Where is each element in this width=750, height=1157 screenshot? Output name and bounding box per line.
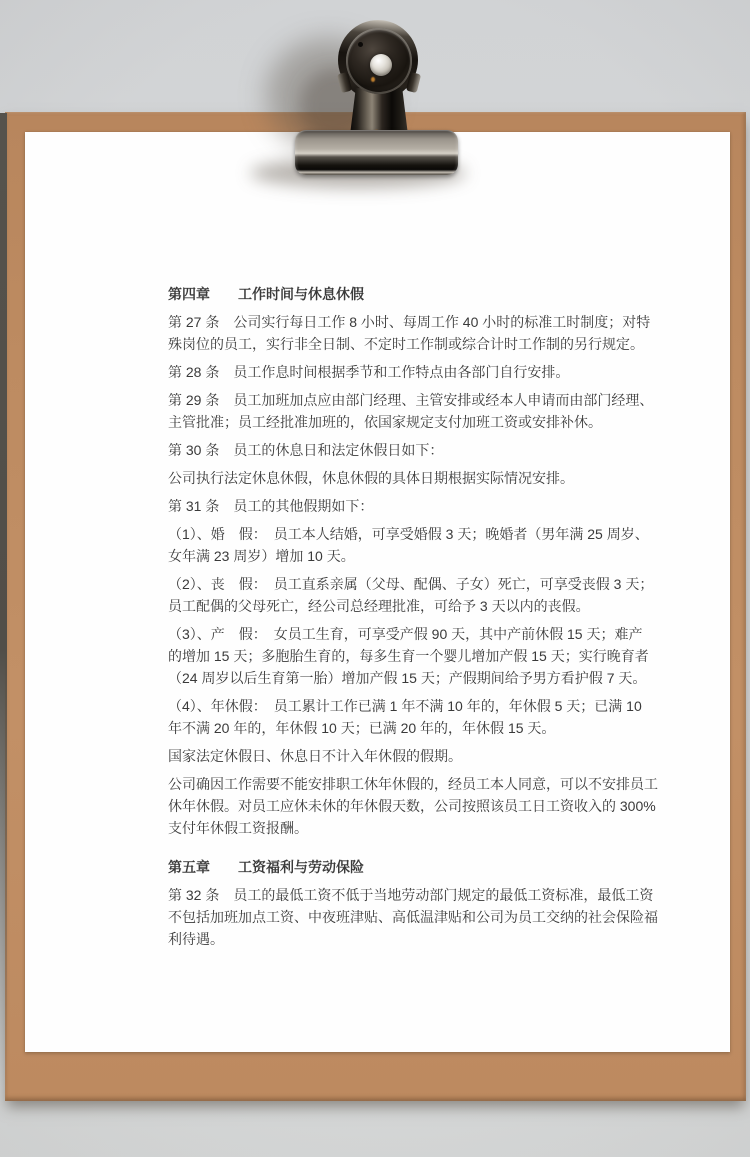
scene: 第四章 工作时间与休息休假第 27 条 公司实行每日工作 8 小时、每周工作 4…	[0, 0, 750, 1157]
text-line: 第 28 条 员工作息时间根据季节和工作特点由各部门自行安排。	[168, 361, 620, 383]
text-line: 利待遇。	[168, 928, 620, 950]
paragraph: （3）、产 假： 女员工生育，可享受产假 90 天，其中产前休假 15 天；难产…	[168, 623, 620, 689]
paragraph: 第 28 条 员工作息时间根据季节和工作特点由各部门自行安排。	[168, 361, 620, 383]
text-line: 年不满 20 年的，年休假 10 天；已满 20 年的，年休假 15 天。	[168, 717, 620, 739]
paragraph: 公司确因工作需要不能安排职工休年休假的，经员工本人同意，可以不安排员工休年休假。…	[168, 773, 620, 839]
paragraph: 第 31 条 员工的其他假期如下：	[168, 495, 620, 517]
text-line: 公司执行法定休息休假，休息休假的具体日期根据实际情况安排。	[168, 467, 620, 489]
clip-center-hole	[370, 54, 392, 76]
document-text: 第四章 工作时间与休息休假第 27 条 公司实行每日工作 8 小时、每周工作 4…	[168, 283, 620, 956]
text-line: 第 30 条 员工的休息日和法定休假日如下：	[168, 439, 620, 461]
paragraph: （4）、年休假： 员工累计工作已满 1 年不满 10 年的，年休假 5 天；已满…	[168, 695, 620, 739]
text-line: 第 32 条 员工的最低工资不低于当地劳动部门规定的最低工资标准，最低工资	[168, 884, 620, 906]
paragraph: 第 29 条 员工加班加点应由部门经理、主管安排或经本人申请而由部门经理、主管批…	[168, 389, 620, 433]
paragraph: 国家法定休假日、休息日不计入年休假的假期。	[168, 745, 620, 767]
text-line: 不包括加班加点工资、中夜班津贴、高低温津贴和公司为员工交纳的社会保险福	[168, 906, 620, 928]
paragraph: 第 27 条 公司实行每日工作 8 小时、每周工作 40 小时的标准工时制度；对…	[168, 311, 620, 355]
paragraph: 第 30 条 员工的休息日和法定休假日如下：	[168, 439, 620, 461]
chapter-heading: 第五章 工资福利与劳动保险	[168, 856, 620, 878]
text-line: 国家法定休假日、休息日不计入年休假的假期。	[168, 745, 620, 767]
text-line: （2）、丧 假： 员工直系亲属（父母、配偶、子女）死亡，可享受丧假 3 天；	[168, 573, 620, 595]
clip-stem	[350, 88, 408, 135]
document-paper: 第四章 工作时间与休息休假第 27 条 公司实行每日工作 8 小时、每周工作 4…	[25, 132, 730, 1052]
clipboard-side-shadow	[0, 113, 7, 1088]
text-line: 的增加 15 天；多胞胎生育的，每多生育一个婴儿增加产假 15 天；实行晚育者	[168, 645, 620, 667]
text-line: 第 31 条 员工的其他假期如下：	[168, 495, 620, 517]
text-line: （24 周岁以后生育第一胎）增加产假 15 天；产假期间给予男方看护假 7 天。	[168, 667, 620, 689]
paragraph: 第 32 条 员工的最低工资不低于当地劳动部门规定的最低工资标准，最低工资不包括…	[168, 884, 620, 950]
clip-rivet-dot	[358, 42, 363, 47]
paragraph: 公司执行法定休息休假，休息休假的具体日期根据实际情况安排。	[168, 467, 620, 489]
text-line: 休年休假。对员工应休未休的年休假天数，公司按照该员工日工资收入的 300%	[168, 795, 620, 817]
clip-glint-upper	[371, 77, 375, 82]
paragraph: （2）、丧 假： 员工直系亲属（父母、配偶、子女）死亡，可享受丧假 3 天；员工…	[168, 573, 620, 617]
text-line: 公司确因工作需要不能安排职工休年休假的，经员工本人同意，可以不安排员工	[168, 773, 620, 795]
text-line: 主管批准；员工经批准加班的，依国家规定支付加班工资或安排补休。	[168, 411, 620, 433]
text-line: 第 29 条 员工加班加点应由部门经理、主管安排或经本人申请而由部门经理、	[168, 389, 620, 411]
text-line: 员工配偶的父母死亡，经公司总经理批准，可给予 3 天以内的丧假。	[168, 595, 620, 617]
text-line: 第 27 条 公司实行每日工作 8 小时、每周工作 40 小时的标准工时制度；对…	[168, 311, 620, 333]
text-line: （4）、年休假： 员工累计工作已满 1 年不满 10 年的，年休假 5 天；已满…	[168, 695, 620, 717]
paragraph: （1）、婚 假： 员工本人结婚，可享受婚假 3 天；晚婚者（男年满 25 周岁、…	[168, 523, 620, 567]
text-line: 女年满 23 周岁）增加 10 天。	[168, 545, 620, 567]
text-line: 支付年休假工资报酬。	[168, 817, 620, 839]
text-line: （1）、婚 假： 员工本人结婚，可享受婚假 3 天；晚婚者（男年满 25 周岁、	[168, 523, 620, 545]
text-line: 第四章 工作时间与休息休假	[168, 283, 620, 305]
text-line: 殊岗位的员工，实行非全日制、不定时工作制或综合计时工作制的另行规定。	[168, 333, 620, 355]
clip-clamp-bar	[295, 130, 458, 175]
text-line: 第五章 工资福利与劳动保险	[168, 856, 620, 878]
text-line: （3）、产 假： 女员工生育，可享受产假 90 天，其中产前休假 15 天；难产	[168, 623, 620, 645]
chapter-heading: 第四章 工作时间与休息休假	[168, 283, 620, 305]
